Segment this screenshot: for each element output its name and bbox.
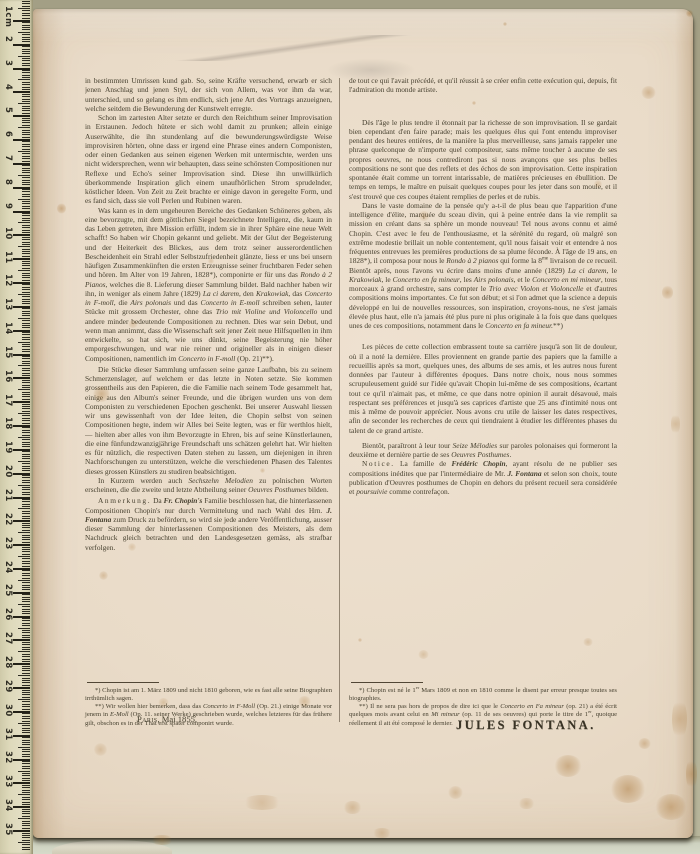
paragraph: Notice. La famille de Frédéric Chopin, a… — [349, 459, 617, 496]
footnote: *) Chopin est né le 1er Mars 1809 et non… — [349, 687, 617, 704]
ruler-tick — [22, 320, 30, 321]
ruler-tick — [18, 175, 30, 176]
ruler-tick — [18, 56, 30, 57]
ruler-tick — [22, 203, 30, 204]
ruler-tick — [22, 292, 30, 293]
ruler-tick — [22, 833, 30, 834]
ruler-tick — [18, 222, 30, 223]
ruler-tick — [22, 825, 30, 826]
ruler-tick — [22, 618, 30, 619]
text-run-bi: J. Fontana — [507, 469, 541, 478]
ruler-tick — [22, 563, 30, 564]
ruler-tick — [22, 635, 30, 636]
ruler-label: 1cm — [3, 6, 13, 27]
ruler-tick — [18, 365, 30, 366]
ruler-tick — [18, 508, 30, 509]
ruler-tick — [22, 847, 30, 848]
ruler-tick — [22, 375, 30, 376]
text-run-sp: Notice. — [362, 459, 395, 468]
ruler-label: 13 — [3, 298, 13, 311]
ruler-tick — [22, 432, 30, 433]
ruler-tick — [22, 597, 30, 598]
ruler-tick — [22, 96, 30, 97]
ruler-tick — [22, 606, 30, 607]
ruler-label: 11 — [3, 251, 13, 264]
ruler-label: 26 — [3, 608, 13, 621]
ruler-tick — [22, 706, 30, 707]
ruler-tick — [22, 15, 30, 16]
scanned-document: { "colors": { "background_olive": "#aca8… — [0, 0, 700, 854]
ruler-tick — [22, 749, 30, 750]
ruler-tick — [22, 418, 30, 419]
text-run-i: Seize Mélodies — [453, 441, 498, 450]
ruler-tick — [22, 809, 30, 810]
text-run-bi: Fr. Chopin's — [164, 496, 203, 505]
ruler-tick — [18, 628, 30, 629]
ruler-tick — [22, 506, 30, 507]
ruler-tick — [22, 442, 30, 443]
column-divider — [339, 78, 340, 722]
ruler-tick — [22, 280, 30, 281]
ruler-tick — [22, 215, 30, 216]
ruler-tick — [22, 232, 30, 233]
ruler-tick — [18, 842, 30, 843]
ruler-tick — [22, 370, 30, 371]
ruler-tick — [22, 334, 30, 335]
ruler-tick — [22, 828, 30, 829]
ruler-tick — [22, 1, 30, 2]
ruler-tick — [18, 794, 30, 795]
text-run-i: Oeuvres Posthumes — [248, 485, 306, 494]
ruler-tick — [22, 29, 30, 30]
ruler-tick — [22, 742, 30, 743]
ruler-tick — [22, 547, 30, 548]
ruler-tick — [22, 208, 30, 209]
ruler-tick — [22, 737, 30, 738]
ruler-tick — [22, 177, 30, 178]
ruler-tick — [22, 356, 30, 357]
ruler-tick — [22, 463, 30, 464]
ruler-tick — [22, 487, 30, 488]
ruler-tick — [22, 813, 30, 814]
ruler-tick — [22, 196, 30, 197]
ruler-tick — [22, 656, 30, 657]
ruler-tick — [22, 82, 30, 83]
ruler-tick — [22, 844, 30, 845]
right-column: de tout ce qui l'avait précédé, et qu'il… — [349, 76, 617, 728]
ruler-tick — [22, 551, 30, 552]
ruler-tick — [22, 251, 30, 252]
ruler-tick — [22, 404, 30, 405]
paragraph: In Kurzem werden auch Sechszehn Melodien… — [85, 476, 332, 495]
ruler-tick — [22, 141, 30, 142]
ruler-tick — [22, 18, 30, 19]
ruler-tick — [22, 130, 30, 131]
ruler-tick — [22, 3, 30, 4]
text-run-i: Concerto en fa mineur — [393, 275, 460, 284]
ruler-tick — [22, 637, 30, 638]
ruler-tick — [22, 430, 30, 431]
ruler-label: 6 — [3, 131, 13, 137]
ruler-tick — [22, 406, 30, 407]
ruler-label: 7 — [3, 155, 13, 161]
ruler-label: 18 — [3, 417, 13, 430]
ruler-tick — [22, 53, 30, 54]
ruler-tick — [22, 75, 30, 76]
ruler-tick — [18, 127, 30, 128]
ruler-tick — [22, 27, 30, 28]
ruler-label: 17 — [3, 394, 13, 407]
text-run-i: Krakowiak — [256, 289, 288, 298]
ruler-tick — [22, 470, 30, 471]
footnote-rule — [87, 682, 159, 683]
ruler-tick — [22, 41, 30, 42]
ruler-tick — [22, 542, 30, 543]
ruler-label: 8 — [3, 179, 13, 185]
ruler-tick — [22, 589, 30, 590]
paragraph: de tout ce qui l'avait précédé, et qu'il… — [349, 76, 617, 95]
text-run-i: Concerto en mi mineur — [532, 275, 601, 284]
ruler-tick — [22, 77, 30, 78]
ruler-tick — [22, 373, 30, 374]
ruler-tick — [22, 60, 30, 61]
ruler-label: 10 — [3, 227, 13, 240]
ruler-tick — [18, 532, 30, 533]
ruler-tick — [22, 666, 30, 667]
ruler-tick — [22, 625, 30, 626]
ruler-tick — [22, 575, 30, 576]
ruler-tick — [22, 249, 30, 250]
ruler-tick — [22, 39, 30, 40]
paragraph: Les pièces de cette collection embrassen… — [349, 342, 617, 435]
ruler-tick — [22, 773, 30, 774]
left-column: in bestimmten Umrissen kund gab. So, sei… — [85, 76, 332, 728]
ruler-tick — [22, 287, 30, 288]
ruler-tick — [22, 587, 30, 588]
ruler-tick — [22, 94, 30, 95]
ruler-tick — [22, 837, 30, 838]
ruler-tick — [22, 732, 30, 733]
ruler-tick — [22, 797, 30, 798]
ruler-tick — [22, 849, 30, 850]
ruler-tick — [22, 146, 30, 147]
ruler-tick — [22, 756, 30, 757]
ruler-tick — [22, 289, 30, 290]
ruler-tick — [22, 709, 30, 710]
ruler-tick — [22, 261, 30, 262]
ruler-tick — [22, 644, 30, 645]
ruler-tick — [22, 511, 30, 512]
ruler-tick — [22, 594, 30, 595]
ruler-tick — [22, 206, 30, 207]
ruler-tick — [22, 454, 30, 455]
ruler-tick — [22, 239, 30, 240]
ruler-tick — [22, 778, 30, 779]
ruler-tick — [22, 87, 30, 88]
ruler-tick — [22, 339, 30, 340]
ruler-label: 16 — [3, 370, 13, 383]
ruler-label: 24 — [3, 561, 13, 574]
ruler-tick — [22, 816, 30, 817]
ruler-tick — [22, 554, 30, 555]
ruler-label: 31 — [3, 728, 13, 741]
ruler-tick — [22, 49, 30, 50]
paragraph: Dès l'âge le plus tendre il étonnait par… — [349, 118, 617, 201]
ruler-tick — [22, 153, 30, 154]
ruler-tick — [22, 728, 30, 729]
ruler-tick — [22, 144, 30, 145]
ruler-tick — [22, 694, 30, 695]
text-run-bi: J. Fontana — [85, 506, 332, 524]
ruler-tick — [22, 823, 30, 824]
ruler-tick — [22, 230, 30, 231]
ruler-tick — [18, 771, 30, 772]
ruler-tick — [22, 184, 30, 185]
ruler-tick — [22, 84, 30, 85]
ruler-tick — [22, 72, 30, 73]
ruler-tick — [22, 349, 30, 350]
ruler-tick — [22, 761, 30, 762]
ruler-tick — [22, 623, 30, 624]
ruler-tick — [22, 763, 30, 764]
ruler-tick — [22, 578, 30, 579]
ruler-tick — [22, 165, 30, 166]
footnote: **) Wir wollen hier bemerken, dass das C… — [85, 703, 332, 728]
ruler-tick — [22, 730, 30, 731]
ruler-tick — [22, 361, 30, 362]
ruler-tick — [22, 194, 30, 195]
text-run-sp: Anmerkung. — [98, 496, 151, 505]
ruler-tick — [22, 25, 30, 26]
text-run-i: poursuivie — [356, 487, 387, 496]
ruler-tick — [22, 611, 30, 612]
ruler-tick — [18, 747, 30, 748]
ruler-tick — [22, 697, 30, 698]
ruler-tick — [22, 385, 30, 386]
paragraph: Was kann es in dem ungeheuren Bereiche d… — [85, 206, 332, 363]
ruler-tick — [22, 561, 30, 562]
ruler-tick — [22, 840, 30, 841]
ruler-tick — [22, 284, 30, 285]
ruler-tick — [22, 673, 30, 674]
ruler-tick — [22, 780, 30, 781]
ruler-tick — [22, 106, 30, 107]
ruler-tick — [22, 396, 30, 397]
ruler-tick — [22, 480, 30, 481]
ruler-tick — [22, 156, 30, 157]
ruler-tick — [22, 566, 30, 567]
ruler-label: 5 — [3, 107, 13, 113]
ruler-tick — [18, 556, 30, 557]
ruler-tick — [22, 37, 30, 38]
ruler-tick — [18, 294, 30, 295]
ruler-label: 15 — [3, 346, 13, 359]
text-run-sup: me — [542, 257, 548, 262]
ruler-label: 28 — [3, 656, 13, 669]
ruler-tick — [18, 342, 30, 343]
ruler-tick — [22, 475, 30, 476]
ruler-tick — [22, 654, 30, 655]
paragraph: in bestimmten Umrissen kund gab. So, sei… — [85, 76, 332, 113]
ruler-tick — [22, 65, 30, 66]
ruler-tick — [22, 725, 30, 726]
ruler-tick — [22, 368, 30, 369]
ruler-tick — [22, 277, 30, 278]
ruler-tick — [22, 678, 30, 679]
ruler-tick — [22, 609, 30, 610]
ruler-tick — [18, 818, 30, 819]
ruler-tick — [22, 420, 30, 421]
footnote: *) Chopin ist am 1. März 1809 und nicht … — [85, 687, 332, 704]
ruler-tick — [22, 466, 30, 467]
ruler-tick — [18, 437, 30, 438]
text-run-sup: er — [416, 684, 419, 689]
ruler-tick — [22, 661, 30, 662]
text-run-i: Concerto in E-moll — [201, 298, 260, 307]
ruler-tick — [22, 835, 30, 836]
text-run-i: Concerto en fa mineur. — [485, 321, 553, 330]
left-column-text: in bestimmten Umrissen kund gab. So, sei… — [85, 76, 332, 552]
ruler-tick — [22, 265, 30, 266]
text-run-i: Trio mit Violine und Violoncello — [216, 307, 318, 316]
ruler-tick — [18, 604, 30, 605]
ruler-tick — [22, 821, 30, 822]
ruler-label: 33 — [3, 775, 13, 788]
ruler-tick — [22, 244, 30, 245]
text-run-i: La ci darem — [568, 266, 606, 275]
ruler-tick — [22, 423, 30, 424]
ruler-tick — [22, 630, 30, 631]
ruler-tick — [22, 775, 30, 776]
text-run-i: Krakowiak — [349, 275, 381, 284]
ruler-tick — [22, 620, 30, 621]
ruler-tick — [22, 513, 30, 514]
ruler-tick — [18, 485, 30, 486]
ruler-tick — [22, 189, 30, 190]
ruler-tick — [22, 811, 30, 812]
paragraph: Anmerkung. Da Fr. Chopin's Familie besch… — [85, 496, 332, 552]
ruler-tick — [18, 199, 30, 200]
paper-crease — [153, 35, 433, 61]
ruler-tick — [22, 296, 30, 297]
ruler-tick — [22, 690, 30, 691]
ruler-tick — [22, 308, 30, 309]
ruler-tick — [22, 242, 30, 243]
ruler-label: 12 — [3, 274, 13, 287]
ruler-tick — [22, 315, 30, 316]
ruler-tick — [22, 253, 30, 254]
ruler-tick — [22, 446, 30, 447]
ruler-label: 19 — [3, 441, 13, 454]
ruler-tick — [22, 527, 30, 528]
ruler-tick — [22, 394, 30, 395]
ruler-tick — [22, 537, 30, 538]
ruler-tick — [18, 413, 30, 414]
ruler-tick — [22, 692, 30, 693]
ruler-tick — [18, 675, 30, 676]
text-run-i: Concerto in F-moll — [178, 354, 235, 363]
ruler-tick — [22, 110, 30, 111]
ruler-tick — [22, 351, 30, 352]
ruler-tick — [22, 58, 30, 59]
ruler-label: 23 — [3, 537, 13, 550]
ruler-tick — [22, 582, 30, 583]
ruler-tick — [22, 704, 30, 705]
text-run-sc: Paris — [137, 714, 157, 724]
ruler-tick — [22, 201, 30, 202]
ruler-tick — [22, 802, 30, 803]
ruler-tick — [22, 327, 30, 328]
ruler-tick — [22, 99, 30, 100]
ruler-label: 25 — [3, 584, 13, 597]
ruler-tick — [22, 225, 30, 226]
text-run-i: Rondo à 2 Pianos — [85, 270, 332, 288]
ruler-tick — [22, 458, 30, 459]
ruler-tick — [18, 318, 30, 319]
ruler-tick — [22, 468, 30, 469]
text-run-i: E-Moll — [110, 711, 129, 718]
ruler-label: 4 — [3, 84, 13, 90]
ruler-tick — [18, 79, 30, 80]
ruler-tick — [22, 523, 30, 524]
ruler-tick — [22, 13, 30, 14]
ruler-tick — [22, 482, 30, 483]
ruler-tick — [22, 170, 30, 171]
ruler-tick — [22, 172, 30, 173]
ruler-tick — [22, 134, 30, 135]
ruler-tick — [22, 120, 30, 121]
ruler-tick — [22, 530, 30, 531]
ruler-tick — [22, 382, 30, 383]
ruler-tick — [22, 451, 30, 452]
ruler-tick — [22, 332, 30, 333]
ruler-tick — [22, 518, 30, 519]
ruler-tick — [22, 659, 30, 660]
ruler-tick — [18, 32, 30, 33]
dateline: Paris, Mai 1855. — [137, 714, 197, 724]
ruler-tick — [22, 346, 30, 347]
ruler-tick — [22, 766, 30, 767]
ruler-tick — [22, 415, 30, 416]
ruler-tick — [18, 461, 30, 462]
text-run-i: Concerto in F-Moll — [203, 703, 255, 710]
ruler-tick — [22, 182, 30, 183]
ruler-tick — [22, 804, 30, 805]
ruler-tick — [18, 651, 30, 652]
ruler-tick — [22, 444, 30, 445]
paragraph: Die Stücke dieser Sammlung umfassen sein… — [85, 365, 332, 476]
ruler-tick — [22, 613, 30, 614]
ruler-tick — [18, 8, 30, 9]
ruler-tick — [22, 489, 30, 490]
ruler-tick — [22, 477, 30, 478]
ruler-tick — [22, 323, 30, 324]
ruler-label: 29 — [3, 680, 13, 693]
ruler-tick — [18, 580, 30, 581]
ruler-tick — [18, 723, 30, 724]
ruler-tick — [22, 504, 30, 505]
ruler-tick — [22, 680, 30, 681]
paragraph: Schon im zartesten Alter setzte er durch… — [85, 113, 332, 206]
ruler-tick — [22, 501, 30, 502]
ruler-tick — [22, 46, 30, 47]
ruler-tick — [22, 539, 30, 540]
ruler-tick — [22, 718, 30, 719]
signature: JULES FONTANA. — [456, 718, 596, 733]
ruler-tick — [22, 632, 30, 633]
ruler-tick — [18, 151, 30, 152]
ruler-tick — [22, 682, 30, 683]
